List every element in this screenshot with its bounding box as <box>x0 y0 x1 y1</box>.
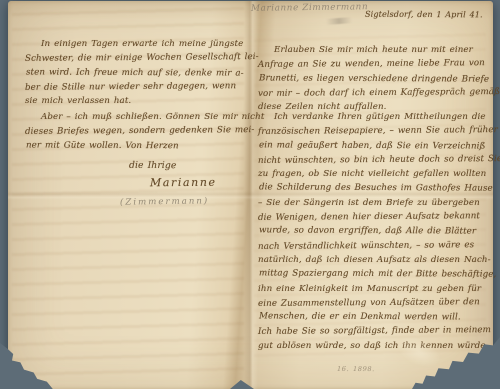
handwriting-line: ihn eine Kleinigkeit im Manuscript zu ge… <box>258 282 492 296</box>
handwriting-line: mittag Spaziergang mich mit der Bitte be… <box>259 267 492 283</box>
handwriting-line: Aber – ich muß schließen. Gönnen Sie mir… <box>25 110 239 124</box>
handwriting-line: In einigen Tagen erwarte ich meine jüngs… <box>25 37 239 51</box>
handwriting-line: sten wird. Ich freue mich auf sie, denke… <box>26 65 239 80</box>
handwriting-line: zu fragen, ob Sie nicht vielleicht gefal… <box>258 167 492 181</box>
handwriting-line: gut ablösen würde, so daß ich ihn kennen… <box>258 339 492 353</box>
pencil-archivist-annotation: Marianne Zimmermann <box>251 2 368 14</box>
handwriting-line: Ich verdanke Ihren gütigen Mittheilungen… <box>258 110 492 124</box>
right-paragraph-2: Ich verdanke Ihren gütigen Mittheilungen… <box>258 110 492 353</box>
handwriting-line: ein mal geäußert haben, daß Sie ein Verz… <box>259 138 492 154</box>
handwriting-line: Erlauben Sie mir mich heute nur mit eine… <box>258 43 490 57</box>
handwriting-line: ber die Stille nur wieder sehr dagegen, … <box>25 79 239 95</box>
left-paragraph-1: In einigen Tagen erwarte ich meine jüngs… <box>25 37 239 108</box>
handwriting-line: Ich habe Sie so sorgfältigst, finde aber… <box>258 324 492 340</box>
right-paragraph-1: Erlauben Sie mir mich heute nur mit eine… <box>258 43 490 114</box>
handwriting-line: Schwester, die mir einige Wochen Gesells… <box>25 50 239 66</box>
handwriting-line: natürlich, daß ich diesen Aufsatz als di… <box>258 253 492 267</box>
handwriting-line: wurde, so davon ergriffen, daß Alle die … <box>259 224 492 240</box>
handwriting-line: sie mich verlassen hat. <box>25 94 239 108</box>
handwriting-line: nach Verständlichkeit wünschten, – so wä… <box>258 238 492 254</box>
handwriting-line: ner mit Güte wollen. Von Herzen <box>26 138 239 153</box>
handwriting-line: vor mir – doch darf ich einem Kaffegespr… <box>258 85 490 101</box>
handwriting-line: nicht wünschten, so bin ich heute doch s… <box>258 152 492 168</box>
handwriting-line: – Sie der Sängerin ist dem Briefe zu übe… <box>258 196 492 210</box>
pencil-catalog-number: 16. 1898. <box>337 362 375 376</box>
pencil-smudge <box>326 17 352 25</box>
handwriting-line: dieses Briefes wegen, sondern gedenken S… <box>25 123 239 139</box>
handwriting-line: französischen Reisepapiere, – wenn Sie a… <box>258 123 492 139</box>
left-paragraph-2: Aber – ich muß schließen. Gönnen Sie mir… <box>25 110 239 153</box>
pencil-signature-note: (Zimmermann) <box>120 194 210 210</box>
handwriting-line: Anfrage an Sie zu wenden, meine liebe Fr… <box>258 56 490 72</box>
signature: Marianne <box>150 176 217 191</box>
handwriting-line: die Schilderung des Besuches im Gasthofe… <box>259 181 492 197</box>
handwriting-line: Brunetti, es liegen verschiedene dringen… <box>259 71 490 87</box>
dateline: Sigtelsdorf, den 1 April 41. <box>365 7 483 22</box>
closing-formula: die Ihrige <box>129 159 176 174</box>
letter-sheet: In einigen Tagen erwarte ich meine jüngs… <box>8 1 493 389</box>
